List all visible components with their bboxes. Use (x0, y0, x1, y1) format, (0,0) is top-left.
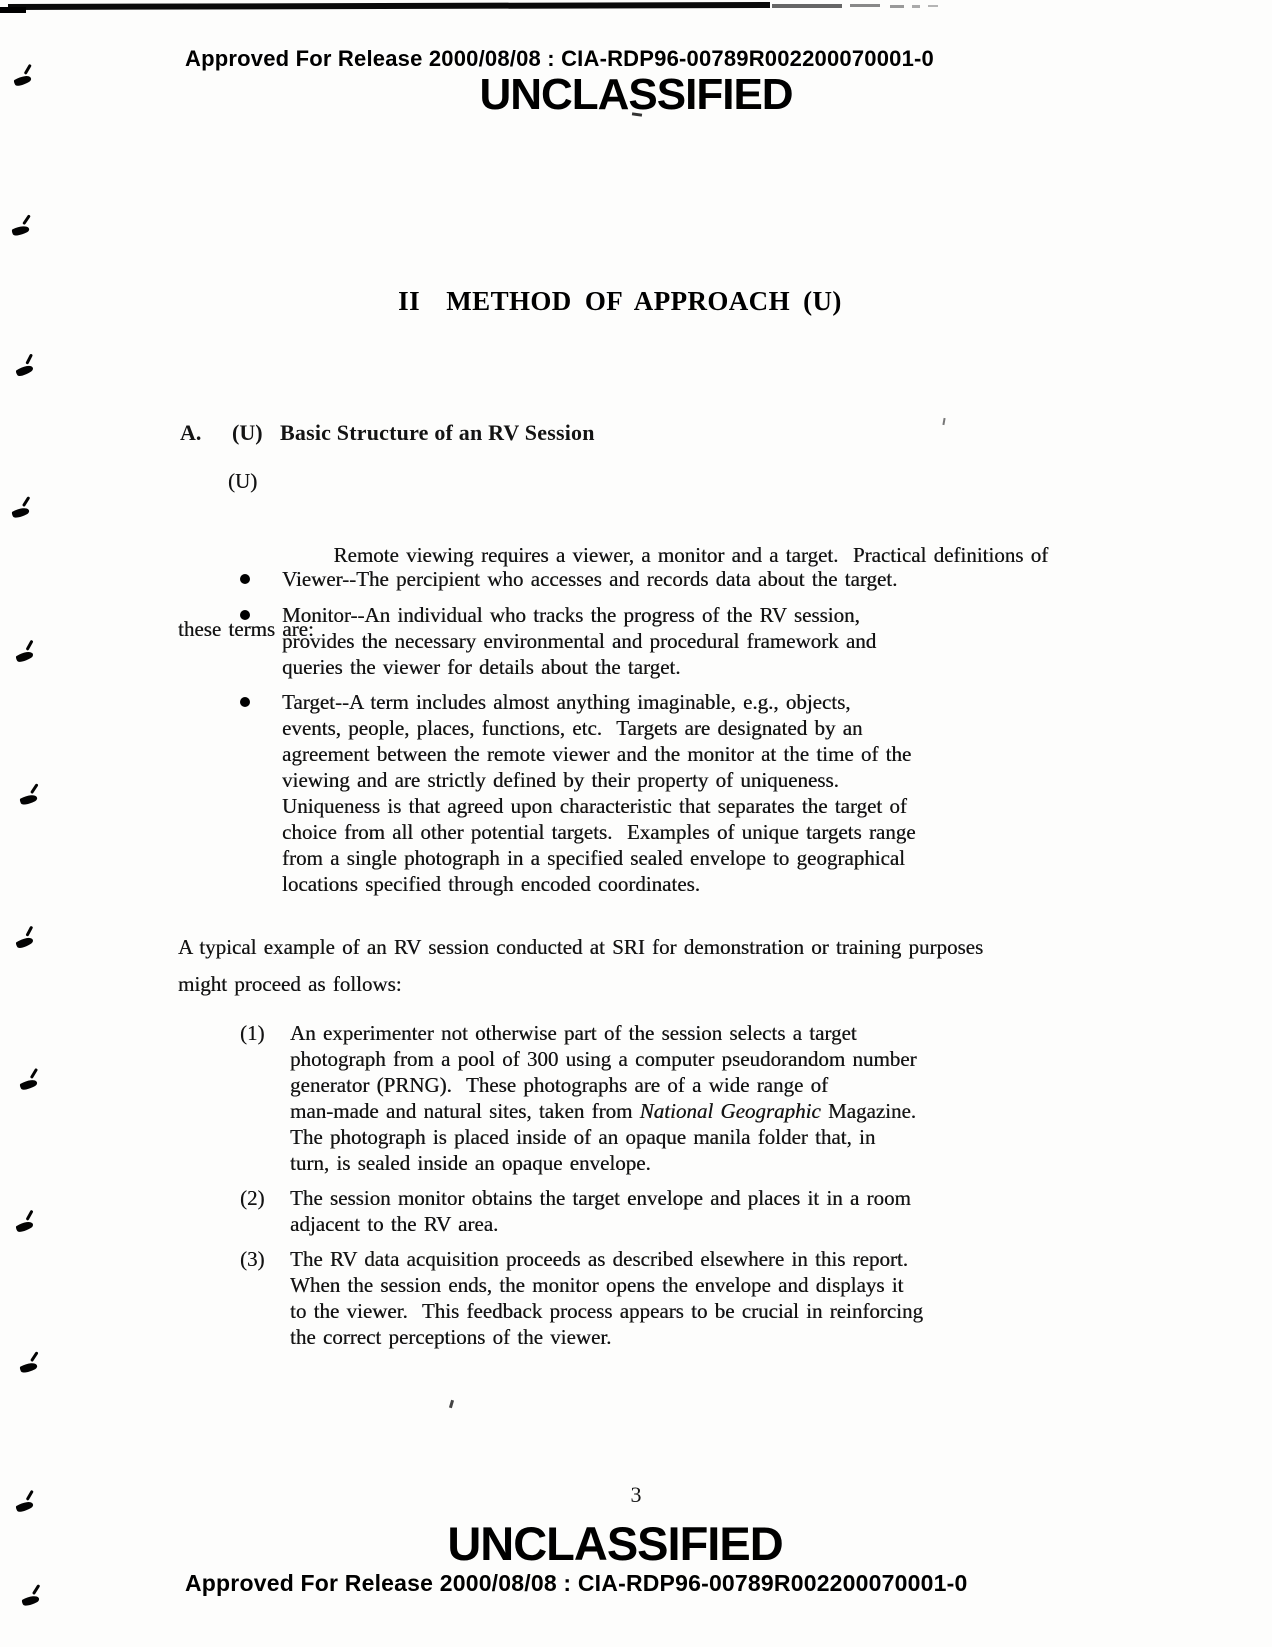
scan-line-artifact (850, 4, 880, 7)
scan-line-artifact (890, 5, 904, 8)
numbered-item-2: (2) The session monitor obtains the targ… (290, 1185, 923, 1237)
ink-mark (15, 1218, 34, 1234)
page-title: II METHOD OF APPROACH (U) (0, 286, 1240, 317)
item-line: generator (PRNG). These photographs are … (290, 1072, 923, 1098)
ink-mark (15, 648, 34, 664)
bullet-line: viewing and are strictly defined by thei… (282, 767, 916, 793)
bullet-line: Target--A term includes almost anything … (282, 689, 916, 715)
scan-line-artifact (928, 5, 938, 7)
item-line: The session monitor obtains the target e… (290, 1185, 923, 1211)
item-line: to the viewer. This feedback process app… (290, 1298, 923, 1324)
paragraph-line: Remote viewing requires a viewer, a moni… (334, 543, 1049, 567)
item-line: adjacent to the RV area. (290, 1211, 923, 1237)
bullet-icon (240, 610, 250, 620)
section-heading: Basic Structure of an RV Session (280, 420, 595, 446)
procedure-numbered-list: (1) An experimenter not otherwise part o… (290, 1020, 923, 1350)
ink-mark (19, 1076, 38, 1092)
bullet-line: Viewer--The percipient who accesses and … (282, 566, 916, 592)
ink-mark (15, 934, 34, 951)
bullet-monitor: Monitor--An individual who tracks the pr… (282, 602, 916, 680)
item-line: turn, is sealed inside an opaque envelop… (290, 1150, 923, 1176)
italic-magazine-name: National Geographic (640, 1099, 821, 1123)
scan-line-artifact (8, 2, 770, 10)
ink-mark (11, 223, 30, 239)
item-number: (3) (240, 1246, 265, 1272)
bullet-line: agreement between the remote viewer and … (282, 741, 916, 767)
bullet-icon (240, 697, 250, 707)
item-line-segment: Magazine. (821, 1099, 916, 1123)
header-approval-line: Approved For Release 2000/08/08 : CIA-RD… (185, 46, 934, 72)
bullet-icon (240, 574, 250, 584)
scan-line-artifact (0, 7, 26, 13)
item-line: the correct perceptions of the viewer. (290, 1324, 923, 1350)
item-line: man-made and natural sites, taken from N… (290, 1098, 923, 1124)
paragraph-line: A typical example of an RV session condu… (178, 929, 983, 966)
paragraph-line: might proceed as follows: (178, 966, 983, 1003)
item-number: (2) (240, 1185, 265, 1211)
item-line: photograph from a pool of 300 using a co… (290, 1046, 923, 1072)
section-marking: (U) (232, 420, 263, 446)
bullet-line: provides the necessary environmental and… (282, 628, 916, 654)
ink-mark (19, 1360, 38, 1376)
scan-line-artifact (772, 4, 842, 8)
footer-classification-banner: UNCLASSIFIED (0, 1516, 1230, 1571)
scanned-document-page: Approved For Release 2000/08/08 : CIA-RD… (0, 0, 1272, 1647)
scan-speck (942, 418, 945, 425)
item-number: (1) (240, 1020, 265, 1046)
bullet-line: events, people, places, functions, etc. … (282, 715, 916, 741)
bullet-target: Target--A term includes almost anything … (282, 689, 916, 897)
header-classification-banner: UNCLASSIFIED (0, 70, 1272, 120)
paragraph-marking: (U) (228, 463, 257, 500)
bullet-line: locations specified through encoded coor… (282, 871, 916, 897)
item-line: The RV data acquisition proceeds as desc… (290, 1246, 923, 1272)
item-line-segment: man-made and natural sites, taken from (290, 1099, 640, 1123)
numbered-item-3: (3) The RV data acquisition proceeds as … (290, 1246, 923, 1350)
section-label: A. (180, 420, 201, 446)
page-number: 3 (0, 1482, 1272, 1508)
ink-mark (21, 1593, 40, 1609)
bullet-line: Uniqueness is that agreed upon character… (282, 793, 916, 819)
bullet-line: queries the viewer for details about the… (282, 654, 916, 680)
definition-bullet-list: Viewer--The percipient who accesses and … (282, 566, 916, 897)
ink-mark (11, 505, 30, 521)
item-line: An experimenter not otherwise part of th… (290, 1020, 923, 1046)
ink-mark (15, 362, 34, 379)
example-paragraph: A typical example of an RV session condu… (178, 929, 983, 1003)
bullet-line: choice from all other potential targets.… (282, 819, 916, 845)
ink-mark (19, 792, 38, 808)
bullet-viewer: Viewer--The percipient who accesses and … (282, 566, 916, 592)
numbered-item-1: (1) An experimenter not otherwise part o… (290, 1020, 923, 1176)
bullet-line: from a single photograph in a specified … (282, 845, 916, 871)
scan-line-artifact (912, 5, 920, 8)
item-line: The photograph is placed inside of an op… (290, 1124, 923, 1150)
footer-approval-line: Approved For Release 2000/08/08 : CIA-RD… (185, 1570, 967, 1597)
scan-speck (449, 1400, 454, 1409)
bullet-line: Monitor--An individual who tracks the pr… (282, 602, 916, 628)
item-line: When the session ends, the monitor opens… (290, 1272, 923, 1298)
